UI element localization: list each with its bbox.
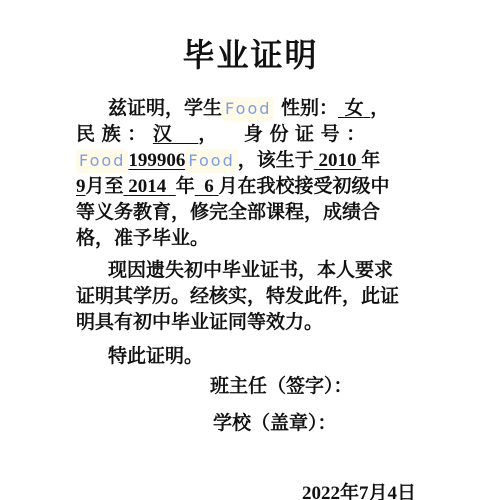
birth-year: 2010	[314, 150, 362, 171]
start-month: 9	[76, 176, 86, 197]
document-title: 毕业证明	[0, 30, 501, 76]
school-seal-label: 学校（盖章）：	[213, 411, 337, 435]
paragraph2-line3: 明具有初中毕业证同等效力。	[76, 310, 323, 334]
redacted-id-suffix: Food	[185, 149, 237, 173]
text: 月至	[86, 175, 124, 197]
ethnicity-label: 民 族 ：	[76, 123, 146, 145]
text: 月在我校接受初级中	[219, 175, 390, 197]
ethnicity-value: 汉	[153, 123, 198, 145]
text: 年	[176, 175, 195, 197]
id-visible-digits: 199906	[128, 150, 185, 171]
paragraph2-line2: 证明其学历。经核实，特发此件，此证	[76, 284, 399, 308]
paragraph1-line4: 9月至 2014 年 6 月在我校接受初级中	[76, 174, 390, 199]
id-label: 身 份 证 号 ：	[244, 123, 365, 145]
gender-label: 性别：	[281, 97, 338, 119]
paragraph1-line1: 兹证明，学生Food 性别： 女 ，	[108, 96, 389, 121]
paragraph2-line1: 现因遗失初中毕业证书，本人要求	[108, 258, 393, 282]
text: 年	[361, 149, 380, 171]
issue-date: 2022年7月4日	[302, 478, 416, 500]
paragraph1-line2: 民 族 ： 汉 ， 身 份 证 号 ：	[76, 122, 365, 146]
redacted-id-prefix: Food	[76, 149, 128, 173]
paragraph1-line5: 等义务教育，修完全部课程，成绩合	[76, 200, 380, 224]
redacted-student-name: Food	[222, 97, 274, 121]
paragraph1-line6: 格，准予毕业。	[76, 226, 209, 250]
closing-statement: 特此证明。	[108, 344, 203, 368]
end-month: 6	[195, 176, 219, 197]
teacher-signature-label: 班主任（签字）：	[210, 374, 353, 398]
text: 兹证明，学生	[108, 97, 222, 119]
gender-value: 女	[338, 97, 370, 119]
paragraph1-line3: Food199906Food，该生于 2010 年	[76, 148, 380, 173]
text: ，	[370, 97, 389, 119]
text: ，	[198, 123, 217, 145]
text: ，该生于	[238, 149, 314, 171]
end-year: 2014	[124, 176, 176, 197]
